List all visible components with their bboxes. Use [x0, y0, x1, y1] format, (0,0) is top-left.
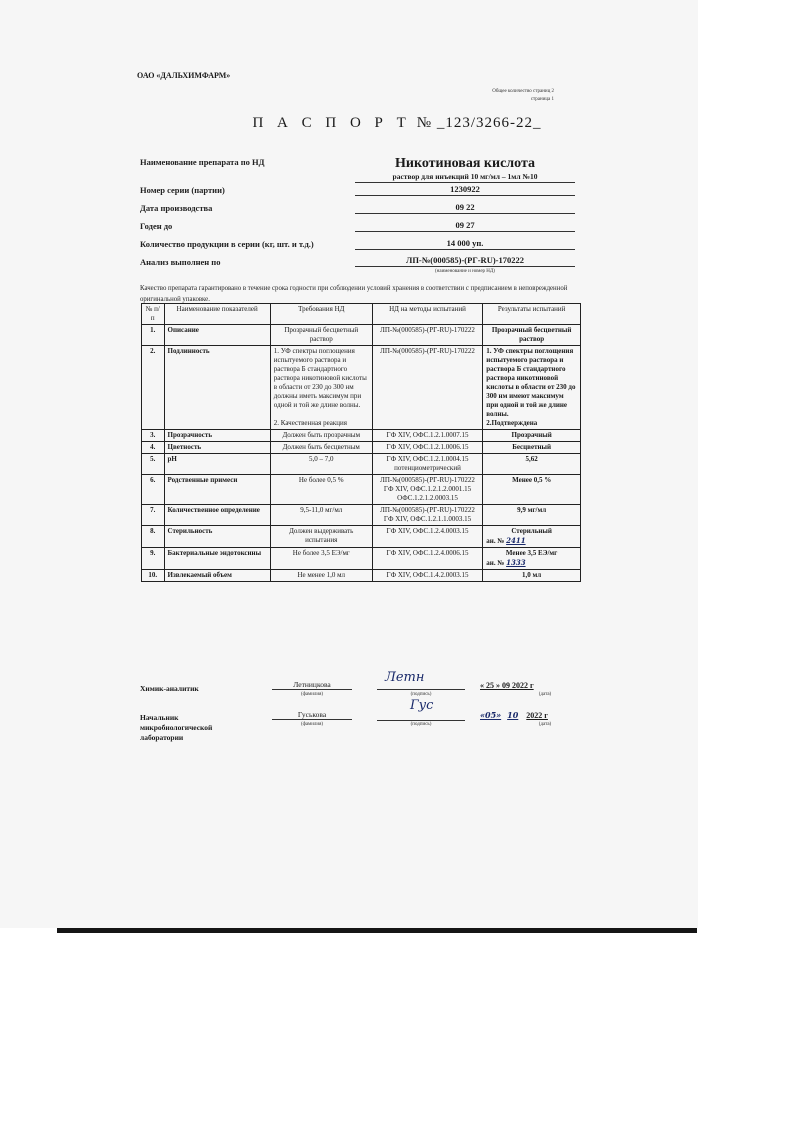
row-number: 3. [142, 430, 165, 442]
row-number: 5. [142, 454, 165, 475]
test-method: ЛП-№(000585)-(РГ-RU)-170222 [372, 325, 483, 346]
row-number-text: 2. [150, 347, 155, 355]
date-hint: (дата) [505, 692, 585, 697]
test-result: Бесцветный [483, 442, 581, 454]
requirement: Не менее 1,0 мл [270, 570, 372, 582]
indicator-name-text: Бактериальные эндотоксины [168, 549, 262, 557]
test-result: Прозрачный бесцветный раствор [483, 325, 581, 346]
surname-hint: (фамилия) [272, 692, 352, 697]
test-method-text: ГФ XIV, ОФС.1.2.1.0004.15 потенциометрич… [387, 455, 469, 472]
test-result: 1. УФ спектры поглощения испытуемого рас… [483, 346, 581, 430]
table-row: 10.Извлекаемый объемНе менее 1,0 млГФ XI… [142, 570, 581, 582]
date-microbiology: «05» 10 2022 г [480, 710, 584, 720]
production-date: 09 22 [355, 202, 575, 214]
date-value: « 25 » 09 2022 г [480, 681, 534, 690]
total-pages: Общее количество страниц 2 [492, 88, 554, 96]
ampoule-value: 1333 [506, 558, 525, 567]
drug-form: раствор для инъекций 10 мг/мл – 1мл №10 [355, 172, 575, 183]
table-row: 5.pH5,0 – 7,0ГФ XIV, ОФС.1.2.1.0004.15 п… [142, 454, 581, 475]
requirement-text: Не менее 1,0 мл [297, 571, 345, 579]
requirement-text: 5,0 – 7,0 [309, 455, 334, 463]
analysis-standard-hint: (наименование и номер НД) [355, 269, 575, 274]
test-method-text: ЛП-№(000585)-(РГ-RU)-170222 ГФ XIV, ОФС.… [380, 476, 475, 502]
table-row: 6.Родственные примесиНе более 0,5 %ЛП-№(… [142, 475, 581, 505]
signature-hint: (подпись) [381, 692, 461, 697]
test-result: 5,62 [483, 454, 581, 475]
row-number-text: 5. [150, 455, 155, 463]
indicator-name: Подлинность [164, 346, 270, 430]
test-method: ГФ XIV, ОФС.1.2.1.0004.15 потенциометрич… [372, 454, 483, 475]
test-method: ГФ XIV, ОФС.1.4.2.0003.15 [372, 570, 483, 582]
row-number-text: 7. [150, 506, 155, 514]
requirement: Прозрачный бесцветный раствор [270, 325, 372, 346]
table-row: 4.ЦветностьДолжен быть бесцветнымГФ XIV,… [142, 442, 581, 454]
drug-name: Никотиновая кислота [355, 156, 575, 172]
date-month: 10 [507, 710, 518, 720]
test-result-text: 1,0 мл [522, 571, 541, 579]
ampoule-number: ан. № 2411 [486, 536, 577, 546]
indicator-name: Прозрачность [164, 430, 270, 442]
table-row: 8.СтерильностьДолжен выдерживать испытан… [142, 526, 581, 548]
ampoule-label: ан. № [486, 537, 504, 545]
test-method-text: ЛП-№(000585)-(РГ-RU)-170222 ГФ XIV, ОФС.… [380, 506, 475, 523]
requirement-text: Не более 0,5 % [299, 476, 344, 484]
document-title: П А С П О Р Т№ _123/3266-22_ [0, 115, 794, 132]
indicator-name-text: Извлекаемый объем [168, 571, 232, 579]
table-row: 9.Бактериальные эндотоксиныНе более 3,5 … [142, 548, 581, 570]
row-number-text: 8. [150, 527, 155, 535]
page-count: Общее количество страниц 2 страница 1 [492, 88, 554, 104]
signer-surname-chemist: Летницкова [272, 680, 352, 690]
row-number: 2. [142, 346, 165, 430]
test-method-text: ЛП-№(000585)-(РГ-RU)-170222 [380, 326, 475, 334]
ampoule-value: 2411 [506, 536, 525, 545]
signer-role-chemist: Химик-аналитик [140, 684, 250, 694]
date-hint: (дата) [505, 722, 585, 727]
indicator-name: Количественное определение [164, 505, 270, 526]
test-result: Стерильныйан. № 2411 [483, 526, 581, 548]
page-number: страница 1 [492, 96, 554, 104]
batch-number: 1230922 [355, 184, 575, 196]
indicator-name-text: Подлинность [168, 347, 210, 355]
indicator-name: Стерильность [164, 526, 270, 548]
requirement: Должен быть прозрачным [270, 430, 372, 442]
indicator-name-text: Количественное определение [168, 506, 260, 514]
table-row: 7.Количественное определение9,5-11,0 мг/… [142, 505, 581, 526]
field-label-batch: Номер серии (партии) [140, 185, 225, 195]
field-label-quantity: Количество продукции в серии (кг, шт. и … [140, 239, 314, 249]
requirement-text: Должен быть бесцветным [283, 443, 360, 451]
test-result-text: 5,62 [526, 455, 538, 463]
table-header-row: № п/п Наименование показателей Требовани… [142, 304, 581, 325]
row-number: 8. [142, 526, 165, 548]
ampoule-label: ан. № [486, 559, 504, 567]
field-label-expiry: Годен до [140, 221, 172, 231]
test-method-text: ГФ XIV, ОФС.1.2.4.0006.15 [387, 549, 469, 557]
test-method: ГФ XIV, ОФС.1.2.4.0003.15 [372, 526, 483, 548]
test-result: Прозрачный [483, 430, 581, 442]
test-method: ЛП-№(000585)-(РГ-RU)-170222 ГФ XIV, ОФС.… [372, 475, 483, 505]
test-result-text: Менее 0,5 % [512, 476, 551, 484]
test-method-text: ГФ XIV, ОФС.1.2.4.0003.15 [387, 527, 469, 535]
test-result: 9,9 мг/мл [483, 505, 581, 526]
test-result-text: 9,9 мг/мл [517, 506, 546, 514]
test-result-text: 1. УФ спектры поглощения испытуемого рас… [486, 347, 575, 427]
date-day: «05» [480, 710, 501, 720]
col-indicator: Наименование показателей [164, 304, 270, 325]
passport-number: № _123/3266-22_ [417, 115, 542, 131]
test-result-text: Прозрачный бесцветный раствор [492, 326, 572, 343]
requirement: 9,5-11,0 мг/мл [270, 505, 372, 526]
row-number-text: 4. [150, 443, 155, 451]
row-number: 10. [142, 570, 165, 582]
signature-hint: (подпись) [381, 722, 461, 727]
indicator-name-text: Цветность [168, 443, 202, 451]
test-method: ЛП-№(000585)-(РГ-RU)-170222 ГФ XIV, ОФС.… [372, 505, 483, 526]
row-number: 6. [142, 475, 165, 505]
company-name: ОАО «ДАЛЬХИМФАРМ» [137, 71, 230, 80]
row-number: 1. [142, 325, 165, 346]
requirement: 1. УФ спектры поглощения испытуемого рас… [270, 346, 372, 430]
requirement: 5,0 – 7,0 [270, 454, 372, 475]
requirement: Не более 0,5 % [270, 475, 372, 505]
indicator-name: Родственные примеси [164, 475, 270, 505]
requirement-text: 1. УФ спектры поглощения испытуемого рас… [274, 347, 367, 427]
indicator-name: Описание [164, 325, 270, 346]
test-method: ГФ XIV, ОФС.1.2.1.0006.15 [372, 442, 483, 454]
row-number-text: 10. [148, 571, 157, 579]
date-chemist: « 25 » 09 2022 г [480, 681, 584, 690]
requirement-text: Должен быть прозрачным [282, 431, 360, 439]
row-number-text: 1. [150, 326, 155, 334]
requirement-text: 9,5-11,0 мг/мл [300, 506, 342, 514]
signer-surname-microbiology: Гуськова [272, 710, 352, 720]
requirement: Должен выдерживать испытания [270, 526, 372, 548]
col-number: № п/п [142, 304, 165, 325]
requirement-text: Прозрачный бесцветный раствор [284, 326, 358, 343]
indicator-name: Цветность [164, 442, 270, 454]
indicator-name: Бактериальные эндотоксины [164, 548, 270, 570]
indicator-name-text: Стерильность [168, 527, 213, 535]
row-number: 7. [142, 505, 165, 526]
indicator-name-text: Родственные примеси [168, 476, 238, 484]
test-method: ГФ XIV, ОФС.1.2.1.0007.15 [372, 430, 483, 442]
test-method-text: ГФ XIV, ОФС.1.4.2.0003.15 [387, 571, 469, 579]
col-requirement: Требования НД [270, 304, 372, 325]
indicator-name-text: pH [168, 455, 177, 463]
row-number: 4. [142, 442, 165, 454]
quantity: 14 000 уп. [355, 238, 575, 250]
expiry-date: 09 27 [355, 220, 575, 232]
table-row: 2.Подлинность1. УФ спектры поглощения ис… [142, 346, 581, 430]
test-method: ЛП-№(000585)-(РГ-RU)-170222 [372, 346, 483, 430]
requirement-text: Не более 3,5 ЕЭ/мг [293, 549, 350, 557]
row-number-text: 3. [150, 431, 155, 439]
ampoule-number: ан. № 1333 [486, 558, 577, 568]
indicator-name: pH [164, 454, 270, 475]
table-row: 1.ОписаниеПрозрачный бесцветный растворЛ… [142, 325, 581, 346]
analysis-standard: ЛП-№(000585)-(РГ-RU)-170222 [355, 255, 575, 267]
test-result-text: Прозрачный [512, 431, 552, 439]
row-number: 9. [142, 548, 165, 570]
test-result-text: Бесцветный [512, 443, 551, 451]
row-number-text: 6. [150, 476, 155, 484]
field-label-production-date: Дата производства [140, 203, 212, 213]
indicator-name-text: Прозрачность [168, 431, 213, 439]
col-method: НД на методы испытаний [372, 304, 483, 325]
signer-role-microbiology: Начальник микробиологической лаборатории [140, 713, 250, 743]
test-method: ГФ XIV, ОФС.1.2.4.0006.15 [372, 548, 483, 570]
requirement: Должен быть бесцветным [270, 442, 372, 454]
surname-hint: (фамилия) [272, 722, 352, 727]
test-result: 1,0 мл [483, 570, 581, 582]
date-year: 2022 г [526, 711, 548, 720]
test-method-text: ГФ XIV, ОФС.1.2.1.0006.15 [387, 443, 469, 451]
scan-edge-line [57, 928, 697, 933]
field-label-analysis: Анализ выполнен по [140, 257, 220, 267]
signature-microbiology: Гус [410, 698, 433, 713]
indicator-name: Извлекаемый объем [164, 570, 270, 582]
title-word: П А С П О Р Т [252, 115, 410, 131]
test-method-text: ГФ XIV, ОФС.1.2.1.0007.15 [387, 431, 469, 439]
test-result: Менее 3,5 ЕЭ/мган. № 1333 [483, 548, 581, 570]
requirement-text: Должен выдерживать испытания [289, 527, 353, 544]
test-result-text: Менее 3,5 ЕЭ/мг [506, 549, 557, 557]
row-number-text: 9. [150, 549, 155, 557]
table-row: 3.ПрозрачностьДолжен быть прозрачнымГФ X… [142, 430, 581, 442]
requirement: Не более 3,5 ЕЭ/мг [270, 548, 372, 570]
indicator-name-text: Описание [168, 326, 199, 334]
col-result: Результаты испытаний [483, 304, 581, 325]
test-result: Менее 0,5 % [483, 475, 581, 505]
signature-chemist: Летн [385, 670, 424, 685]
results-table: № п/п Наименование показателей Требовани… [141, 303, 581, 582]
test-method-text: ЛП-№(000585)-(РГ-RU)-170222 [380, 347, 475, 355]
quality-note: Качество препарата гарантировано в течен… [140, 283, 600, 305]
field-label-drug: Наименование препарата по НД [140, 157, 264, 167]
test-result-text: Стерильный [511, 527, 552, 535]
